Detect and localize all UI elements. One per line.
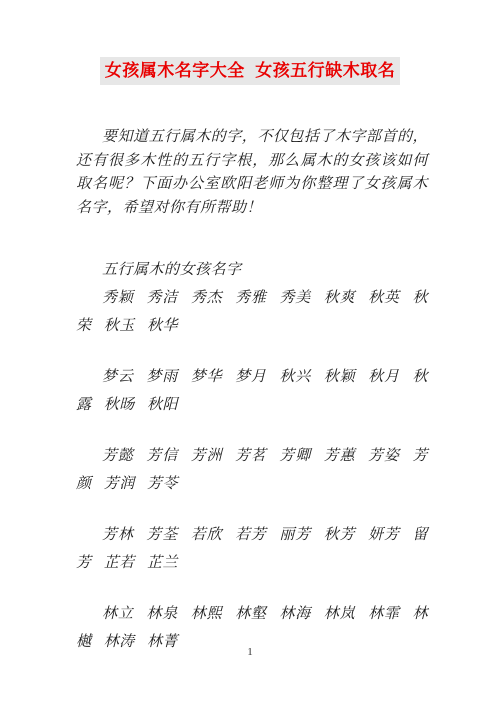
intro-paragraph: 要知道五行属木的字，不仅包括了木字部首的，还有很多木性的五行字根，那么属木的女孩… [76,125,428,219]
title-block: 女孩属木名字大全 女孩五行缺木取名 [0,0,500,85]
name-row: 秀颖 秀洁 秀杰 秀雅 秀美 秋爽 秋英 秋荣 秋玉 秋华 [76,283,428,339]
name-row: 梦云 梦雨 梦华 梦月 秋兴 秋颖 秋月 秋露 秋旸 秋阳 [76,362,428,418]
name-row: 芳林 芳荃 若欣 若芳 丽芳 秋芳 妍芳 留芳 芷若 芷兰 [76,520,428,576]
document-body: 要知道五行属木的字，不仅包括了木字部首的，还有很多木性的五行字根，那么属木的女孩… [76,125,428,655]
page-number: 1 [0,646,500,658]
document-page: 女孩属木名字大全 女孩五行缺木取名 要知道五行属木的字，不仅包括了木字部首的，还… [0,0,500,708]
name-row: 芳懿 芳信 芳洲 芳茗 芳卿 芳蕙 芳姿 芳颜 芳润 芳苓 [76,441,428,497]
document-title: 女孩属木名字大全 女孩五行缺木取名 [100,57,400,85]
section-heading: 五行属木的女孩名字 [76,255,428,283]
